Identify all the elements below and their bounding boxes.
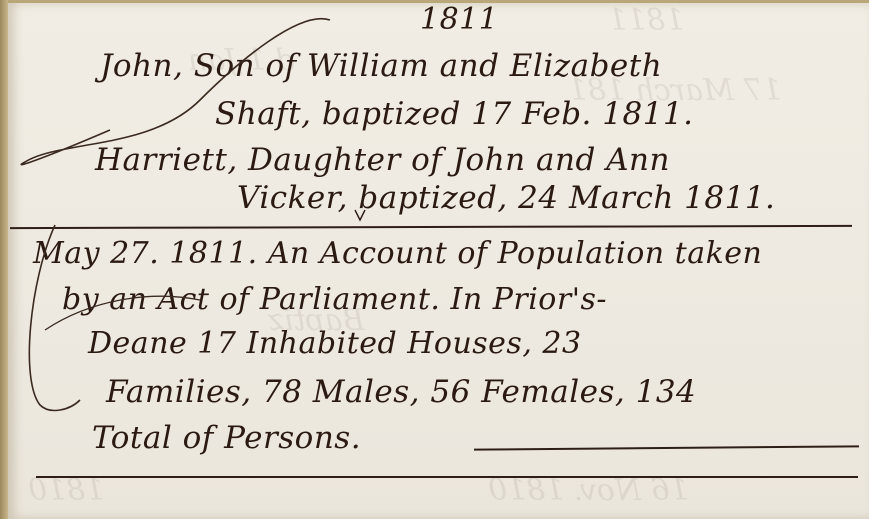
calligraphy-flourish-icon [0,0,869,519]
